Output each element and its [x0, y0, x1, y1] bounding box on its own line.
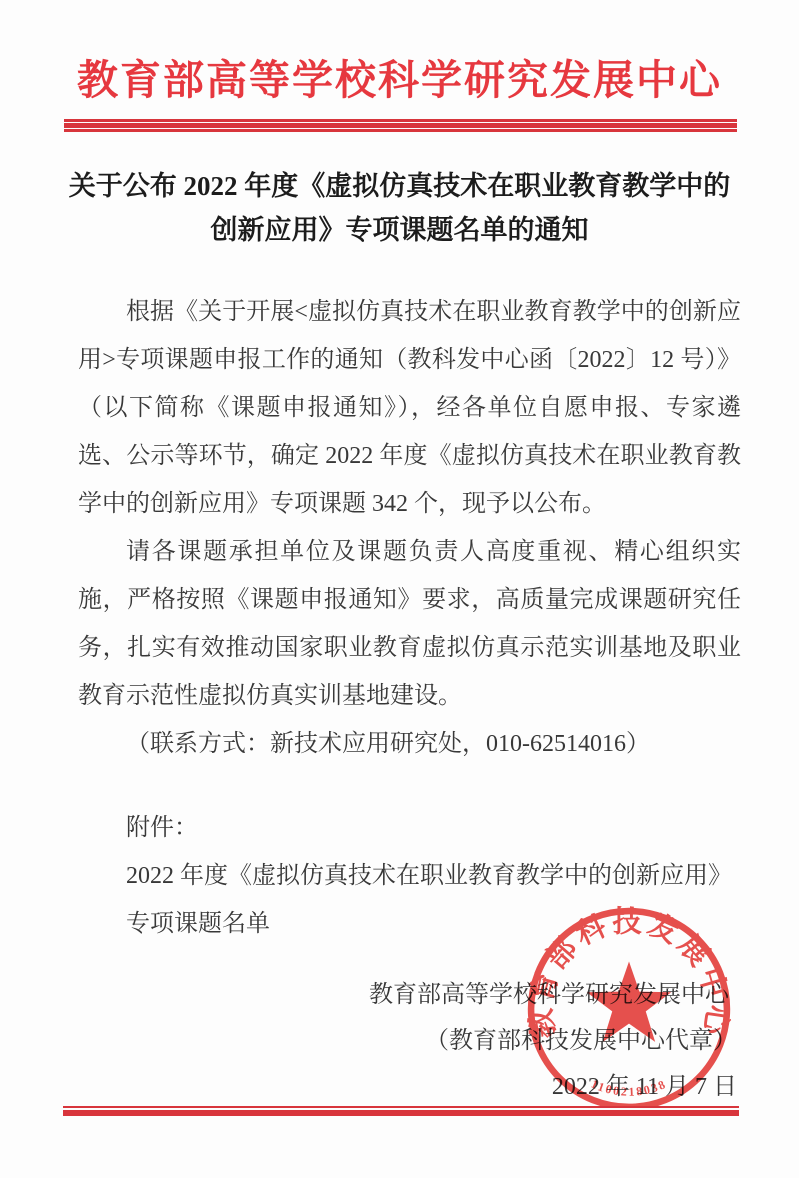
document-title: 关于公布 2022 年度《虚拟仿真技术在职业教育教学中的 创新应用》专项课题名单…	[40, 164, 759, 252]
attachment-section: 附件： 2022 年度《虚拟仿真技术在职业教育教学中的创新应用》 专项课题名单	[78, 804, 741, 948]
paragraph-requirements: 请各课题承担单位及课题负责人高度重视、精心组织实施，严格按照《课题申报通知》要求…	[78, 528, 741, 720]
signature-on-behalf: （教育部科技发展中心代章）	[78, 1018, 737, 1064]
paragraph-contact: （联系方式：新技术应用研究处，010-62514016）	[78, 720, 741, 768]
document-title-line2: 创新应用》专项课题名单的通知	[211, 215, 589, 245]
attachment-title-line1: 2022 年度《虚拟仿真技术在职业教育教学中的创新应用》	[78, 852, 741, 900]
letterhead-title: 教育部高等学校科学研究发展中心	[0, 0, 799, 110]
document-body: 根据《关于开展<虚拟仿真技术在职业教育教学中的创新应用>专项课题申报工作的通知（…	[78, 288, 741, 948]
document-page: 教育部高等学校科学研究发展中心 关于公布 2022 年度《虚拟仿真技术在职业教育…	[0, 0, 799, 1178]
attachment-label: 附件：	[78, 804, 741, 852]
document-title-line1: 关于公布 2022 年度《虚拟仿真技术在职业教育教学中的	[69, 171, 731, 201]
paragraph-basis: 根据《关于开展<虚拟仿真技术在职业教育教学中的创新应用>专项课题申报工作的通知（…	[78, 288, 741, 528]
signature-block: 教育部高等学校科学研究发展中心 （教育部科技发展中心代章） 2022 年 11 …	[78, 972, 737, 1110]
header-rule	[64, 119, 737, 132]
signature-organization: 教育部高等学校科学研究发展中心	[78, 972, 737, 1018]
signature-date: 2022 年 11 月 7 日	[78, 1064, 737, 1110]
footer-rule	[63, 1106, 739, 1116]
attachment-title-line2: 专项课题名单	[78, 900, 741, 948]
